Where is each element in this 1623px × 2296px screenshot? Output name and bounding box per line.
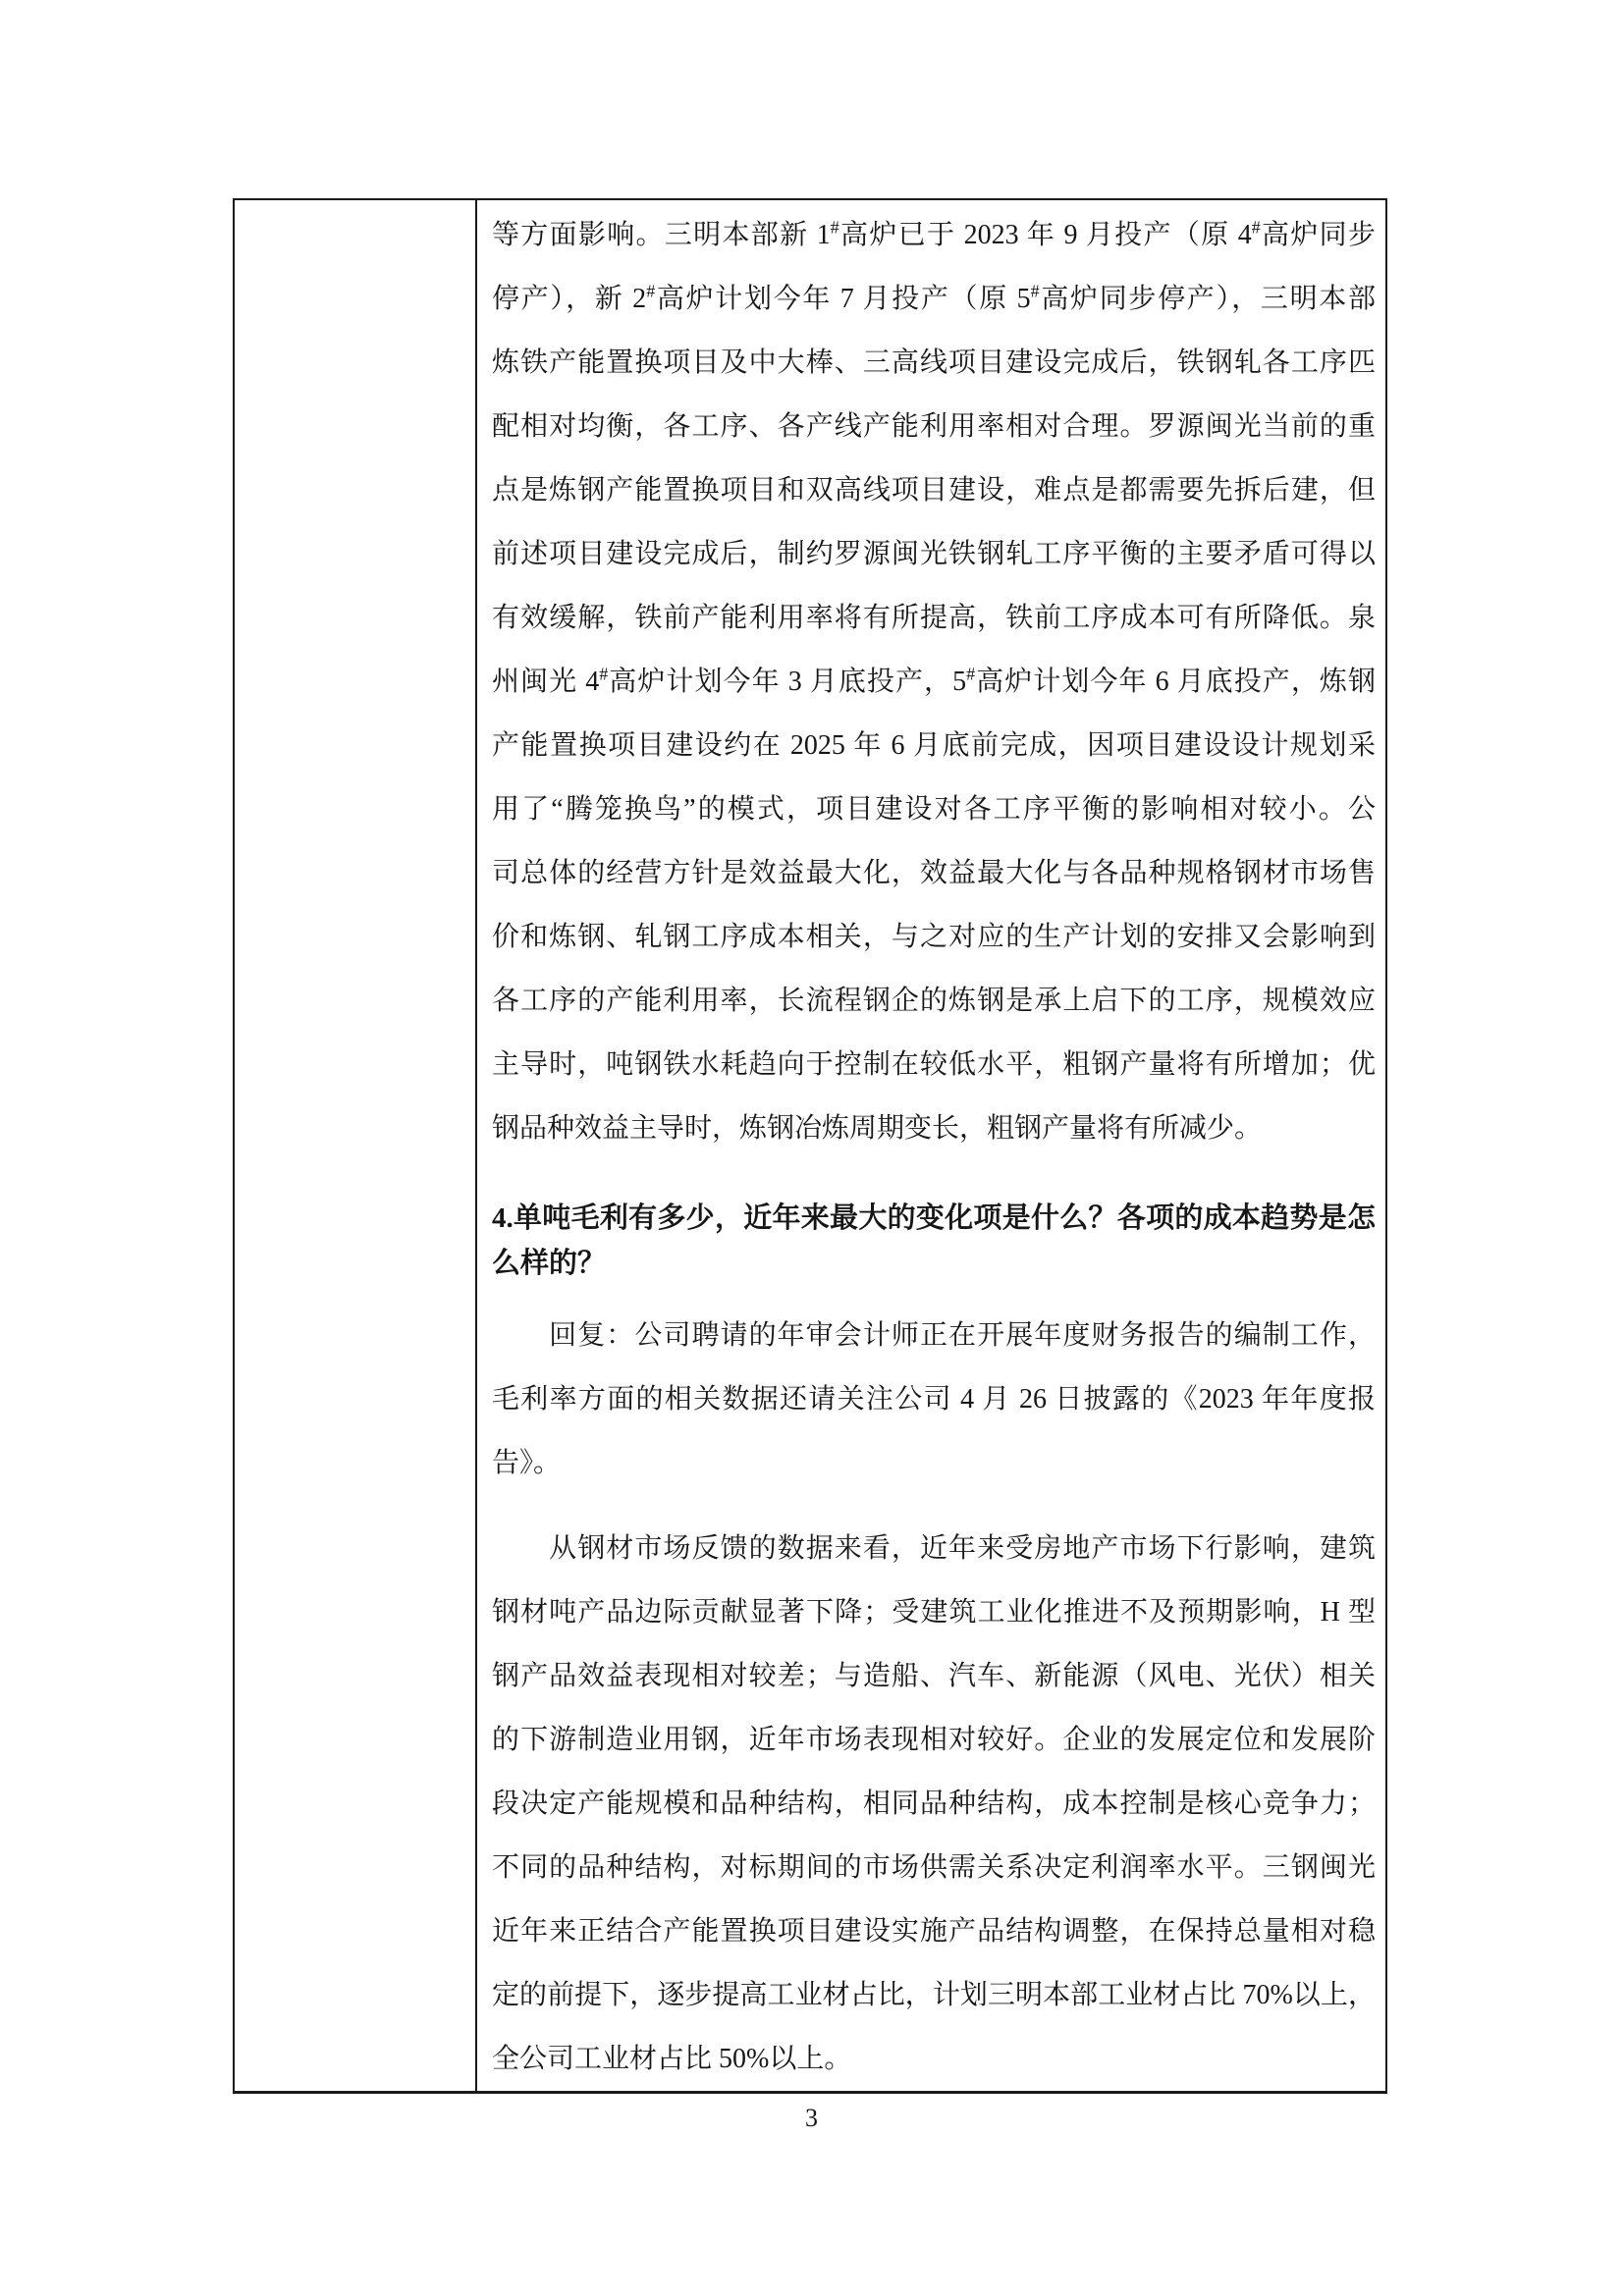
superscript-hash-mark: # xyxy=(599,665,608,684)
text-line: 用了“腾笼换鸟”的模式，项目建设对各工序平衡的影响相对较小。公 xyxy=(492,777,1376,841)
paragraph: 等方面影响。三明本部新 1#高炉已于 2023 年 9 月投产（原 4#高炉同步… xyxy=(492,203,1376,1160)
text-line: 产能置换项目建设约在 2025 年 6 月底前完成，因项目建设设计规划采 xyxy=(492,714,1376,777)
superscript-hash-mark: # xyxy=(831,218,839,238)
text-line: 钢材吨产品边际贡献显著下降；受建筑工业化推进不及预期影响，H 型 xyxy=(492,1580,1376,1644)
text-line: 从钢材市场反馈的数据来看，近年来受房地产市场下行影响，建筑 xyxy=(492,1517,1376,1580)
text-line: 钢品种效益主导时，炼钢冶炼周期变长，粗钢产量将有所减少。 xyxy=(492,1096,1376,1160)
text-line: 么样的？ xyxy=(492,1241,1376,1286)
superscript-hash-mark: # xyxy=(1252,218,1261,238)
text-line: 价和炼钢、轧钢工序成本相关，与之对应的生产计划的安排又会影响到 xyxy=(492,905,1376,969)
text-line: 定的前提下，逐步提高工业材占比，计划三明本部工业材占比 70%以上， xyxy=(492,1963,1376,2027)
text-line: 全公司工业材占比 50%以上。 xyxy=(492,2027,1376,2091)
table-right-cell: 等方面影响。三明本部新 1#高炉已于 2023 年 9 月投产（原 4#高炉同步… xyxy=(477,200,1385,2091)
text-line: 有效缓解，铁前产能利用率将有所提高，铁前工序成本可有所降低。泉 xyxy=(492,586,1376,650)
text-line: 段决定产能规模和品种结构，相同品种结构，成本控制是核心竞争力； xyxy=(492,1772,1376,1836)
text-line: 炼铁产能置换项目及中大棒、三高线项目建设完成后，铁钢轧各工序匹 xyxy=(492,331,1376,395)
text-line: 司总体的经营方针是效益最大化，效益最大化与各品种规格钢材市场售 xyxy=(492,841,1376,905)
text-line: 毛利率方面的相关数据还请关注公司 4 月 26 日披露的《2023 年年度报 xyxy=(492,1367,1376,1431)
document-page: 等方面影响。三明本部新 1#高炉已于 2023 年 9 月投产（原 4#高炉同步… xyxy=(0,0,1623,2296)
text-line: 前述项目建设完成后，制约罗源闽光铁钢轧工序平衡的主要矛盾可得以 xyxy=(492,522,1376,586)
superscript-hash-mark: # xyxy=(966,665,975,684)
page-number: 3 xyxy=(0,2103,1623,2134)
text-line: 回复：公司聘请的年审会计师正在开展年度财务报告的编制工作， xyxy=(492,1304,1376,1367)
paragraph: 从钢材市场反馈的数据来看，近年来受房地产市场下行影响，建筑钢材吨产品边际贡献显著… xyxy=(492,1517,1376,2091)
superscript-hash-mark: # xyxy=(646,282,655,301)
text-line: 主导时，吨钢铁水耗趋向于控制在较低水平，粗钢产量将有所增加；优 xyxy=(492,1033,1376,1096)
text-line: 不同的品种结构，对标期间的市场供需关系决定利润率水平。三钢闽光 xyxy=(492,1836,1376,1899)
text-line: 近年来正结合产能置换项目建设实施产品结构调整，在保持总量相对稳 xyxy=(492,1899,1376,1963)
qa-table: 等方面影响。三明本部新 1#高炉已于 2023 年 9 月投产（原 4#高炉同步… xyxy=(233,198,1387,2094)
text-line: 等方面影响。三明本部新 1#高炉已于 2023 年 9 月投产（原 4#高炉同步 xyxy=(492,203,1376,267)
text-line: 钢产品效益表现相对较差；与造船、汽车、新能源（风电、光伏）相关 xyxy=(492,1644,1376,1708)
text-line: 告》。 xyxy=(492,1431,1376,1495)
text-line: 配相对均衡，各工序、各产线产能利用率相对合理。罗源闽光当前的重 xyxy=(492,395,1376,458)
text-line: 点是炼钢产能置换项目和双高线项目建设，难点是都需要先拆后建，但 xyxy=(492,458,1376,522)
table-left-cell xyxy=(235,200,477,2091)
text-line: 各工序的产能利用率，长流程钢企的炼钢是承上启下的工序，规模效应 xyxy=(492,969,1376,1033)
paragraph: 回复：公司聘请的年审会计师正在开展年度财务报告的编制工作，毛利率方面的相关数据还… xyxy=(492,1304,1376,1495)
superscript-hash-mark: # xyxy=(1031,282,1040,301)
question-heading: 4.单吨毛利有多少，近年来最大的变化项是什么？各项的成本趋势是怎么样的？ xyxy=(492,1196,1376,1286)
text-line: 的下游制造业用钢，近年市场表现相对较好。企业的发展定位和发展阶 xyxy=(492,1708,1376,1772)
text-line: 4.单吨毛利有多少，近年来最大的变化项是什么？各项的成本趋势是怎 xyxy=(492,1196,1376,1241)
text-line: 停产），新 2#高炉计划今年 7 月投产（原 5#高炉同步停产），三明本部 xyxy=(492,267,1376,331)
text-line: 州闽光 4#高炉计划今年 3 月底投产，5#高炉计划今年 6 月底投产，炼钢 xyxy=(492,650,1376,714)
